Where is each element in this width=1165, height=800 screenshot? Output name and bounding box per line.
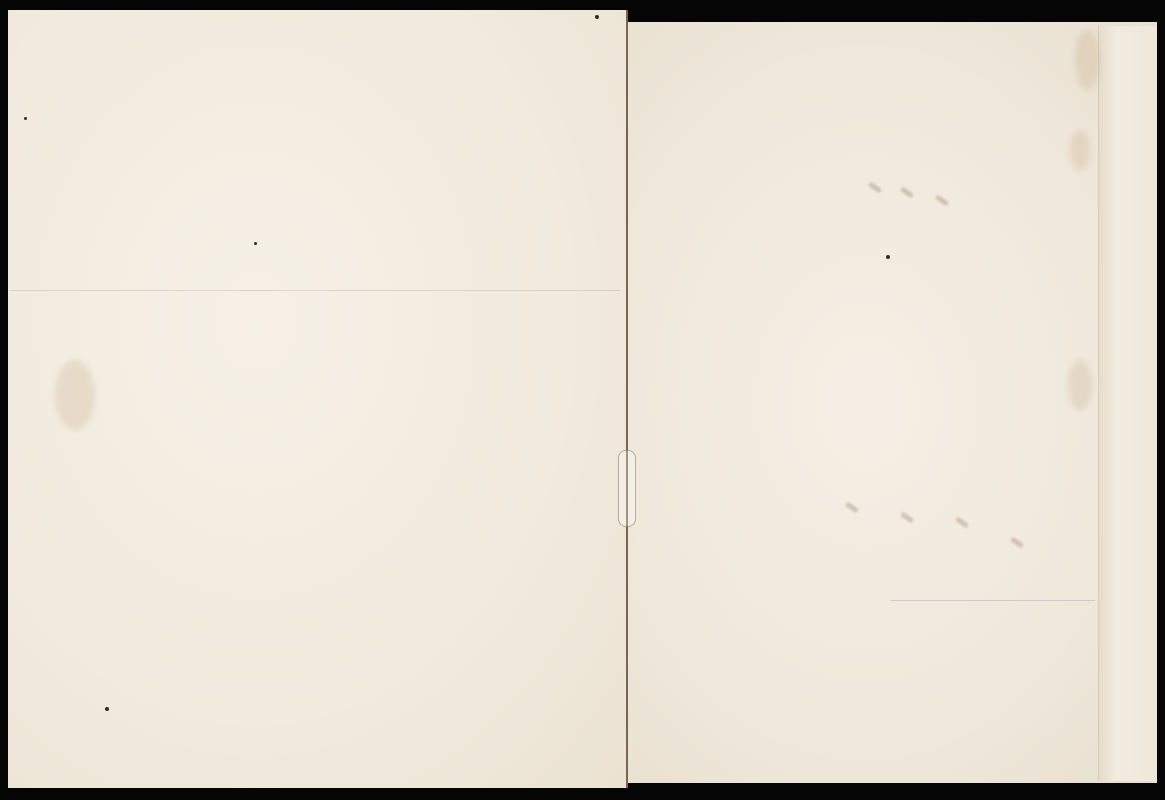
paper-fold-seam: [626, 10, 628, 788]
left-paper-leaf: [8, 10, 627, 788]
paper-speck: [254, 242, 257, 245]
folded-paper-edge: [1098, 26, 1157, 781]
seam-tear: [618, 450, 636, 527]
paper-stain: [1068, 360, 1092, 410]
paper-stain: [55, 360, 95, 430]
paper-speck: [595, 15, 599, 19]
paper-stain: [1070, 130, 1090, 170]
paper-speck: [886, 255, 890, 259]
paper-stain: [1075, 30, 1100, 90]
paper-speck: [105, 707, 109, 711]
paper-crease: [10, 290, 620, 291]
paper-crease: [890, 600, 1095, 601]
paper-speck: [24, 117, 27, 120]
